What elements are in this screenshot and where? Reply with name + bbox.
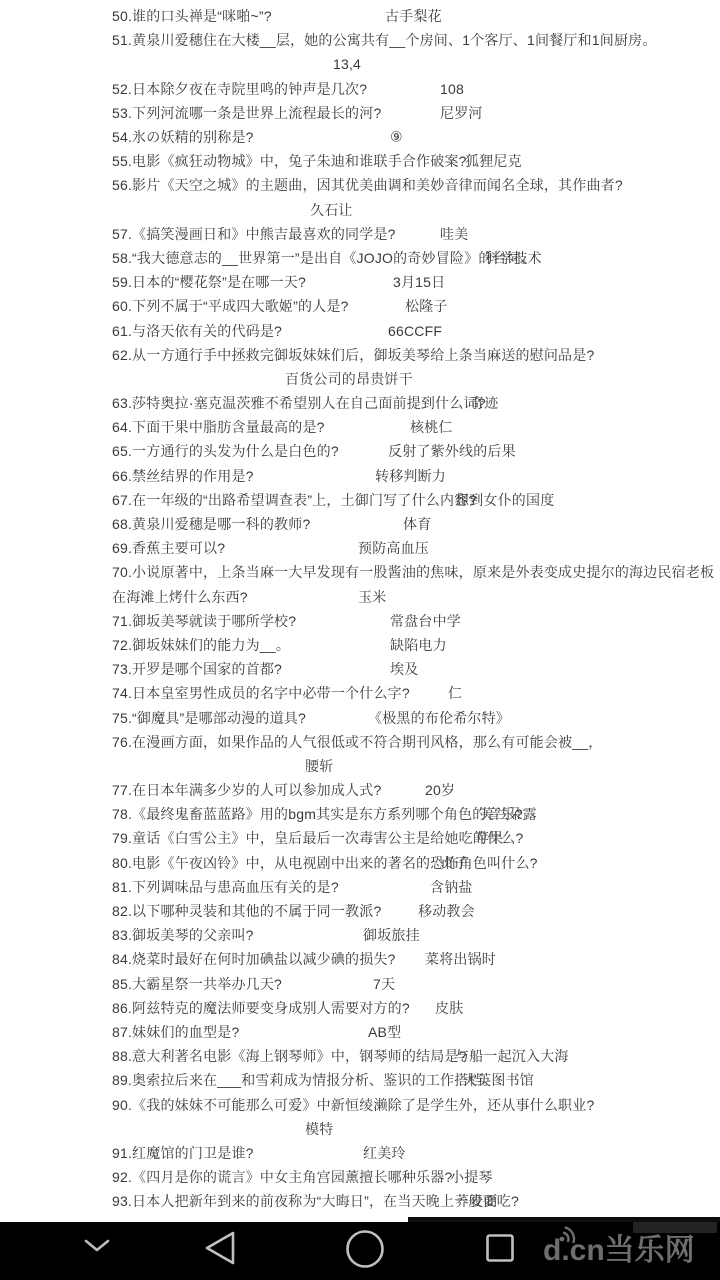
screen: 50.谁的口头禅是“咪啪~”?古手梨花51.黄泉川爱穗住在大楼__层，她的公寓共… — [0, 0, 720, 1280]
question-text: 50.谁的口头禅是“咪啪~”? — [112, 6, 272, 26]
quiz-line: 55.电影《疯狂动物城》中，兔子朱迪和谁联手合作破案?狐狸尼克 — [0, 149, 720, 173]
question-text: 63.莎特奥拉·塞克温茨雅不希望别人在自己面前提到什么词? — [112, 393, 486, 413]
answer-text: 荞麦面 — [455, 1191, 498, 1211]
question-text: 70.小说原著中，上条当麻一大早发现有一股酱油的焦味，原来是外表变成史提尔的海边… — [112, 562, 714, 582]
answer-text: 常盘台中学 — [390, 611, 461, 631]
quiz-line: 75.“御魔具”是哪部动漫的道具?《极黑的布伦希尔特》 — [0, 705, 720, 729]
nav-hide-button[interactable] — [83, 1239, 111, 1253]
answer-text: 模特 — [305, 1119, 333, 1139]
quiz-line: 69.香蕉主要可以?预防高血压 — [0, 536, 720, 560]
quiz-line: 62.从一方通行手中拯救完御坂妹妹们后，御坂美琴给上条当麻送的慰问品是? — [0, 343, 720, 367]
quiz-line: 67.在一年级的“出路希望调查表”上，土御门写了什么内容?想到女仆的国度 — [0, 488, 720, 512]
question-text: 67.在一年级的“出路希望调查表”上，土御门写了什么内容? — [112, 490, 476, 510]
quiz-line: 63.莎特奥拉·塞克温茨雅不希望别人在自己面前提到什么词?奇迹 — [0, 391, 720, 415]
answer-text: 反射了紫外线的后果 — [388, 441, 516, 461]
question-text: 52.日本除夕夜在寺院里鸣的钟声是几次? — [112, 79, 367, 99]
answer-text: 百货公司的昂贵饼干 — [285, 369, 413, 389]
question-text: 68.黄泉川爱穗是哪一科的教师? — [112, 514, 310, 534]
quiz-line: 74.日本皇室男性成员的名字中必带一个什么字?仁 — [0, 681, 720, 705]
answer-text: 与船一起沉入大海 — [455, 1046, 569, 1066]
question-text: 57.《搞笑漫画日和》中熊吉最喜欢的同学是? — [112, 224, 396, 244]
answer-text: 松隆子 — [405, 296, 448, 316]
quiz-line: 57.《搞笑漫画日和》中熊吉最喜欢的同学是?哇美 — [0, 222, 720, 246]
quiz-line: 51.黄泉川爱穗住在大楼__层，她的公寓共有__个房间、1个客厅、1间餐厅和1间… — [0, 28, 720, 52]
answer-text: 核桃仁 — [410, 417, 453, 437]
answer-line: 百货公司的昂贵饼干 — [0, 367, 720, 391]
watermark-logo: d.cn当乐网 — [543, 1232, 718, 1272]
answer-text: 科学技术 — [485, 248, 542, 268]
question-text: 81.下列调味品与患高血压有关的是? — [112, 877, 339, 897]
question-text: 56.影片《天空之城》的主题曲，因其优美曲调和美妙音律而闻名全球，其作曲者? — [112, 175, 623, 195]
answer-text: 体育 — [403, 514, 431, 534]
answer-text: 20岁 — [425, 780, 455, 800]
question-text: 91.红魔馆的门卫是谁? — [112, 1143, 254, 1163]
answer-text: 108 — [440, 81, 464, 97]
answer-text: 久石让 — [310, 200, 353, 220]
quiz-line: 84.烧菜时最好在何时加碘盐以减少碘的损失?菜将出锅时 — [0, 947, 720, 971]
quiz-line: 73.开罗是哪个国家的首都?埃及 — [0, 657, 720, 681]
question-text: 76.在漫画方面，如果作品的人气很低或不符合期刊风格，那么有可能会被__， — [112, 732, 602, 752]
question-text: 87.妹妹们的血型是? — [112, 1022, 239, 1042]
answer-text: 想到女仆的国度 — [455, 490, 554, 510]
answer-text: 预防高血压 — [358, 538, 429, 558]
quiz-line: 81.下列调味品与患高血压有关的是?含钠盐 — [0, 875, 720, 899]
android-navbar: d.cn当乐网 — [0, 1222, 720, 1280]
question-text: 69.香蕉主要可以? — [112, 538, 225, 558]
question-text: 54.氷の妖精的别称是? — [112, 127, 254, 147]
answer-text: 尼罗河 — [440, 103, 483, 123]
question-text: 60.下列不属于“平成四大歌姬”的人是? — [112, 296, 349, 316]
answer-text: 哇美 — [440, 224, 468, 244]
question-text: 61.与洛天依有关的代码是? — [112, 321, 282, 341]
quiz-line: 58.“我大德意志的__世界第一”是出自《JOJO的奇妙冒险》的台词。科学技术 — [0, 246, 720, 270]
question-text: 58.“我大德意志的__世界第一”是出自《JOJO的奇妙冒险》的台词。 — [112, 248, 535, 268]
quiz-line: 82.以下哪种灵装和其他的不属于同一教派?移动教会 — [0, 899, 720, 923]
answer-text: 《极黑的布伦希尔特》 — [368, 708, 510, 728]
question-text: 84.烧菜时最好在何时加碘盐以减少碘的损失? — [112, 949, 396, 969]
quiz-line: 76.在漫画方面，如果作品的人气很低或不符合期刊风格，那么有可能会被__， — [0, 730, 720, 754]
question-text: 83.御坂美琴的父亲叫? — [112, 925, 254, 945]
answer-text: 奇迹 — [470, 393, 498, 413]
quiz-line: 80.电影《午夜凶铃》中，从电视剧中出来的著名的恐怖角色叫什么?贞子 — [0, 851, 720, 875]
quiz-line: 54.氷の妖精的别称是?⑨ — [0, 125, 720, 149]
quiz-line: 60.下列不属于“平成四大歌姬”的人是?松隆子 — [0, 294, 720, 318]
answer-text: ⑨ — [390, 129, 403, 146]
question-text: 73.开罗是哪个国家的首都? — [112, 659, 282, 679]
question-text: 78.《最终鬼畜蓝蓝路》用的bgm其实是东方系列哪个角色的音乐? — [112, 804, 523, 824]
quiz-line: 88.意大利著名电影《海上钢琴师》中，钢琴师的结局是?与船一起沉入大海 — [0, 1044, 720, 1068]
answer-line: 腰斩 — [0, 754, 720, 778]
answer-text: 缺陷电力 — [390, 635, 447, 655]
question-text: 86.阿兹特克的魔法师要变身成别人需要对方的? — [112, 998, 410, 1018]
answer-line: 久石让 — [0, 198, 720, 222]
answer-text: 小提琴 — [450, 1167, 493, 1187]
answer-text: 菜将出锅时 — [425, 949, 496, 969]
quiz-line: 53.下列河流哪一条是世界上流程最长的河?尼罗河 — [0, 101, 720, 125]
question-text: 80.电影《午夜凶铃》中，从电视剧中出来的著名的恐怖角色叫什么? — [112, 853, 538, 873]
question-text: 88.意大利著名电影《海上钢琴师》中，钢琴师的结局是? — [112, 1046, 467, 1066]
question-text: 90.《我的妹妹不可能那么可爱》中新恒绫濑除了是学生外，还从事什么职业? — [112, 1095, 594, 1115]
quiz-line: 93.日本人把新年到来的前夜称为“大晦日”，在当天晚上一般要吃?荞麦面 — [0, 1189, 720, 1213]
quiz-line: 87.妹妹们的血型是?AB型 — [0, 1020, 720, 1044]
question-text: 85.大霸星祭一共举办几天? — [112, 974, 282, 994]
answer-text: 7天 — [373, 974, 395, 994]
quiz-line: 59.日本的“樱花祭”是在哪一天?3月15日 — [0, 270, 720, 294]
quiz-line: 50.谁的口头禅是“咪啪~”?古手梨花 — [0, 4, 720, 28]
answer-text: 3月15日 — [393, 272, 445, 292]
question-text: 53.下列河流哪一条是世界上流程最长的河? — [112, 103, 381, 123]
answer-text: AB型 — [368, 1022, 401, 1042]
quiz-line: 72.御坂妹妹们的能力为__。缺陷电力 — [0, 633, 720, 657]
question-text: 66.禁丝结界的作用是? — [112, 466, 254, 486]
recents-icon — [485, 1233, 515, 1263]
chevron-down-icon — [83, 1239, 111, 1253]
answer-text: 贞子 — [440, 853, 468, 873]
question-text: 55.电影《疯狂动物城》中，兔子朱迪和谁联手合作破案? — [112, 151, 467, 171]
question-text: 在海滩上烤什么东西? — [112, 587, 248, 607]
back-icon — [203, 1230, 237, 1266]
question-text: 72.御坂妹妹们的能力为__。 — [112, 635, 290, 655]
answer-text: 66CCFF — [388, 323, 442, 339]
question-text: 89.奥索拉后来在___和雪莉成为情报分析、鉴识的工作搭档。 — [112, 1070, 497, 1090]
answer-text: 埃及 — [390, 659, 418, 679]
answer-text: 御坂旅挂 — [363, 925, 420, 945]
quiz-line: 86.阿兹特克的魔法师要变身成别人需要对方的?皮肤 — [0, 996, 720, 1020]
question-text: 65.一方通行的头发为什么是白色的? — [112, 441, 339, 461]
answer-text: 苹果 — [475, 828, 503, 848]
quiz-line: 77.在日本年满多少岁的人可以参加成人式?20岁 — [0, 778, 720, 802]
answer-text: 移动教会 — [418, 901, 475, 921]
answer-text: 转移判断力 — [375, 466, 446, 486]
question-text: 75.“御魔具”是哪部动漫的道具? — [112, 708, 306, 728]
nav-recents-button[interactable] — [485, 1233, 515, 1263]
quiz-line: 56.影片《天空之城》的主题曲，因其优美曲调和美妙音律而闻名全球，其作曲者? — [0, 173, 720, 197]
question-text: 62.从一方通行手中拯救完御坂妹妹们后，御坂美琴给上条当麻送的慰问品是? — [112, 345, 594, 365]
quiz-line: 89.奥索拉后来在___和雪莉成为情报分析、鉴识的工作搭档。大英图书馆 — [0, 1068, 720, 1092]
answer-text: 皮肤 — [435, 998, 463, 1018]
quiz-line: 在海滩上烤什么东西?玉米 — [0, 585, 720, 609]
answer-text: 芙兰朵露 — [480, 804, 537, 824]
question-text: 51.黄泉川爱穗住在大楼__层，她的公寓共有__个房间、1个客厅、1间餐厅和1间… — [112, 30, 657, 50]
answer-line: 13,4 — [0, 52, 720, 76]
question-text: 71.御坂美琴就读于哪所学校? — [112, 611, 296, 631]
quiz-line: 52.日本除夕夜在寺院里鸣的钟声是几次?108 — [0, 77, 720, 101]
question-text: 59.日本的“樱花祭”是在哪一天? — [112, 272, 306, 292]
watermark-text: d.cn当乐网 — [543, 1234, 695, 1268]
quiz-line: 79.童话《白雪公主》中，皇后最后一次毒害公主是给她吃的什么?苹果 — [0, 826, 720, 850]
question-text: 74.日本皇室男性成员的名字中必带一个什么字? — [112, 683, 410, 703]
answer-text: 大英图书馆 — [463, 1070, 534, 1090]
quiz-line: 78.《最终鬼畜蓝蓝路》用的bgm其实是东方系列哪个角色的音乐?芙兰朵露 — [0, 802, 720, 826]
quiz-line: 66.禁丝结界的作用是?转移判断力 — [0, 464, 720, 488]
answer-text: 红美玲 — [363, 1143, 406, 1163]
quiz-line: 90.《我的妹妹不可能那么可爱》中新恒绫濑除了是学生外，还从事什么职业? — [0, 1092, 720, 1116]
quiz-line: 65.一方通行的头发为什么是白色的?反射了紫外线的后果 — [0, 439, 720, 463]
quiz-line: 83.御坂美琴的父亲叫?御坂旅挂 — [0, 923, 720, 947]
quiz-line: 68.黄泉川爱穗是哪一科的教师?体育 — [0, 512, 720, 536]
question-text: 82.以下哪种灵装和其他的不属于同一教派? — [112, 901, 381, 921]
quiz-line: 64.下面干果中脂肪含量最高的是?核桃仁 — [0, 415, 720, 439]
nav-home-button[interactable] — [344, 1228, 386, 1270]
question-text: 92.《四月是你的谎言》中女主角宫园薰擅长哪种乐器? — [112, 1167, 452, 1187]
question-text: 64.下面干果中脂肪含量最高的是? — [112, 417, 325, 437]
answer-text: 腰斩 — [305, 756, 333, 776]
quiz-line: 91.红魔馆的门卫是谁?红美玲 — [0, 1141, 720, 1165]
question-text: 77.在日本年满多少岁的人可以参加成人式? — [112, 780, 381, 800]
answer-text: 古手梨花 — [385, 6, 442, 26]
quiz-line: 70.小说原著中，上条当麻一大早发现有一股酱油的焦味，原来是外表变成史提尔的海边… — [0, 560, 720, 584]
answer-text: 含钠盐 — [430, 877, 473, 897]
answer-text: 狐狸尼克 — [465, 151, 522, 171]
quiz-line: 85.大霸星祭一共举办几天?7天 — [0, 972, 720, 996]
nav-back-button[interactable] — [203, 1230, 237, 1266]
answer-text: 玉米 — [358, 587, 386, 607]
quiz-line: 92.《四月是你的谎言》中女主角宫园薰擅长哪种乐器?小提琴 — [0, 1165, 720, 1189]
question-text: 79.童话《白雪公主》中，皇后最后一次毒害公主是给她吃的什么? — [112, 828, 523, 848]
answer-line: 模特 — [0, 1117, 720, 1141]
quiz-document: 50.谁的口头禅是“咪啪~”?古手梨花51.黄泉川爱穗住在大楼__层，她的公寓共… — [0, 0, 720, 1220]
quiz-line: 61.与洛天依有关的代码是?66CCFF — [0, 318, 720, 342]
home-icon — [344, 1228, 386, 1270]
answer-text: 13,4 — [333, 56, 361, 72]
quiz-line: 71.御坂美琴就读于哪所学校?常盘台中学 — [0, 609, 720, 633]
answer-text: 仁 — [448, 683, 462, 703]
